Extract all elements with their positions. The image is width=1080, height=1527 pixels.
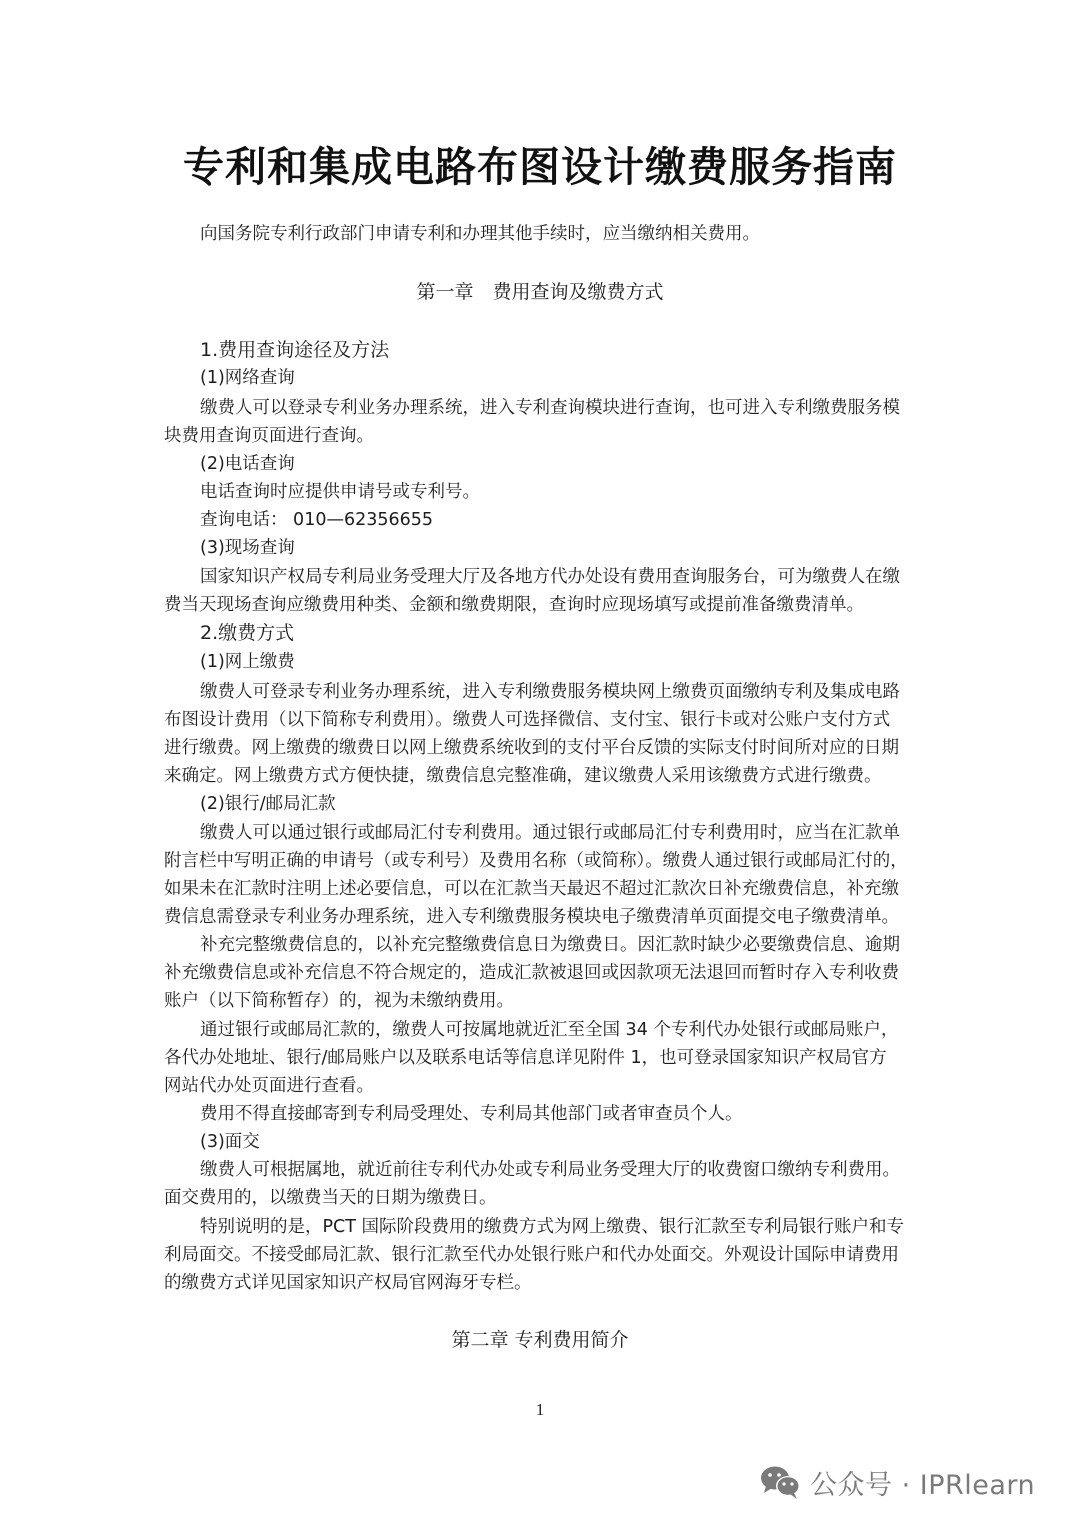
paragraph-line: 国家知识产权局专利局业务受理大厅及各地方代办处设有费用查询服务台，可为缴费人在缴 — [200, 563, 960, 591]
paragraph-line: 缴费人可根据属地，就近前往专利代办处或专利局业务受理大厅的收费窗口缴纳专利费用。 — [200, 1156, 960, 1184]
paragraph-line: 费用不得直接邮寄到专利局受理处、专利局其他部门或者审查员个人。 — [200, 1100, 960, 1128]
page-number: 1 — [0, 1400, 1080, 1420]
intro-paragraph: 向国务院专利行政部门申请专利和办理其他手续时，应当缴纳相关费用。 — [200, 220, 960, 248]
phone-number-line: 查询电话： 010—62356655 — [200, 506, 960, 534]
chapter-2-heading: 第二章 专利费用简介 — [0, 1325, 1080, 1355]
paragraph-line: 面交费用的，以缴费当天的日期为缴费日。 — [164, 1184, 924, 1212]
paragraph-line: 补充缴费信息或补充信息不符合规定的，造成汇款被退回或因款项无法退回而暂时存入专利… — [164, 959, 924, 987]
watermark-text: 公众号 · IPRlearn — [810, 1463, 1035, 1502]
paragraph-line: 补充完整缴费信息的，以补充完整缴费信息日为缴费日。因汇款时缺少必要缴费信息、逾期 — [200, 931, 960, 959]
document-page: 专利和集成电路布图设计缴费服务指南 向国务院专利行政部门申请专利和办理其他手续时… — [0, 0, 1080, 1527]
paragraph-line: 通过银行或邮局汇款的，缴费人可按属地就近汇至全国 34 个专利代办处银行或邮局账… — [200, 1016, 960, 1044]
paragraph-line: 费信息需登录专利业务办理系统，进入专利缴费服务模块电子缴费清单页面提交电子缴费清… — [164, 903, 924, 931]
paragraph-line: 缴费人可以通过银行或邮局汇付专利费用。通过银行或邮局汇付专利费用时，应当在汇款单 — [200, 819, 960, 847]
paragraph-line: 特别说明的是，PCT 国际阶段费用的缴费方式为网上缴费、银行汇款至专利局银行账户… — [200, 1213, 960, 1241]
section-2-heading: 2.缴费方式 — [200, 619, 960, 647]
paragraph-line: 电话查询时应提供申请号或专利号。 — [200, 478, 960, 506]
paragraph-line: 来确定。网上缴费方式方便快捷，缴费信息完整准确，建议缴费人采用该缴费方式进行缴费… — [164, 762, 924, 790]
paragraph-line: 缴费人可以登录专利业务办理系统，进入专利查询模块进行查询，也可进入专利缴费服务模 — [200, 394, 960, 422]
paragraph-line: 布图设计费用（以下简称专利费用）。缴费人可选择微信、支付宝、银行卡或对公账户支付… — [164, 706, 924, 734]
sub-heading-bank-postal-remittance: (2)银行/邮局汇款 — [200, 790, 960, 818]
paragraph-line: 缴费人可登录专利业务办理系统，进入专利缴费服务模块网上缴费页面缴纳专利及集成电路 — [200, 678, 960, 706]
paragraph-line: 网站代办处页面进行查看。 — [164, 1072, 924, 1100]
sub-heading-phone-query: (2)电话查询 — [200, 450, 960, 478]
chapter-1-heading: 第一章 费用查询及缴费方式 — [0, 277, 1080, 307]
paragraph-line: 的缴费方式详见国家知识产权局官网海牙专栏。 — [164, 1269, 924, 1297]
sub-heading-onsite-query: (3)现场查询 — [200, 534, 960, 562]
paragraph-line: 账户（以下简称暂存）的，视为未缴纳费用。 — [164, 987, 924, 1015]
document-title: 专利和集成电路布图设计缴费服务指南 — [0, 134, 1080, 193]
watermark: 公众号 · IPRlearn — [760, 1462, 1035, 1502]
paragraph-line: 利局面交。不接受邮局汇款、银行汇款至代办处银行账户和代办处面交。外观设计国际申请… — [164, 1241, 924, 1269]
sub-heading-in-person: (3)面交 — [200, 1128, 960, 1156]
sub-heading-network-query: (1)网络查询 — [200, 364, 960, 392]
paragraph-line: 附言栏中写明正确的申请号（或专利号）及费用名称（或简称）。缴费人通过银行或邮局汇… — [164, 847, 924, 875]
section-1-heading: 1.费用查询途径及方法 — [200, 336, 960, 364]
paragraph-line: 费当天现场查询应缴费用种类、金额和缴费期限，查询时应现场填写或提前准备缴费清单。 — [164, 591, 924, 619]
paragraph-line: 各代办处地址、银行/邮局账户以及联系电话等信息详见附件 1，也可登录国家知识产权… — [164, 1044, 924, 1072]
paragraph-line: 如果未在汇款时注明上述必要信息，可以在汇款当天最迟不超过汇款次日补充缴费信息，补… — [164, 875, 924, 903]
paragraph-line: 块费用查询页面进行查询。 — [164, 422, 924, 450]
paragraph-line: 进行缴费。网上缴费的缴费日以网上缴费系统收到的支付平台反馈的实际支付时间所对应的… — [164, 734, 924, 762]
sub-heading-online-payment: (1)网上缴费 — [200, 648, 960, 676]
wechat-icon — [760, 1464, 802, 1500]
